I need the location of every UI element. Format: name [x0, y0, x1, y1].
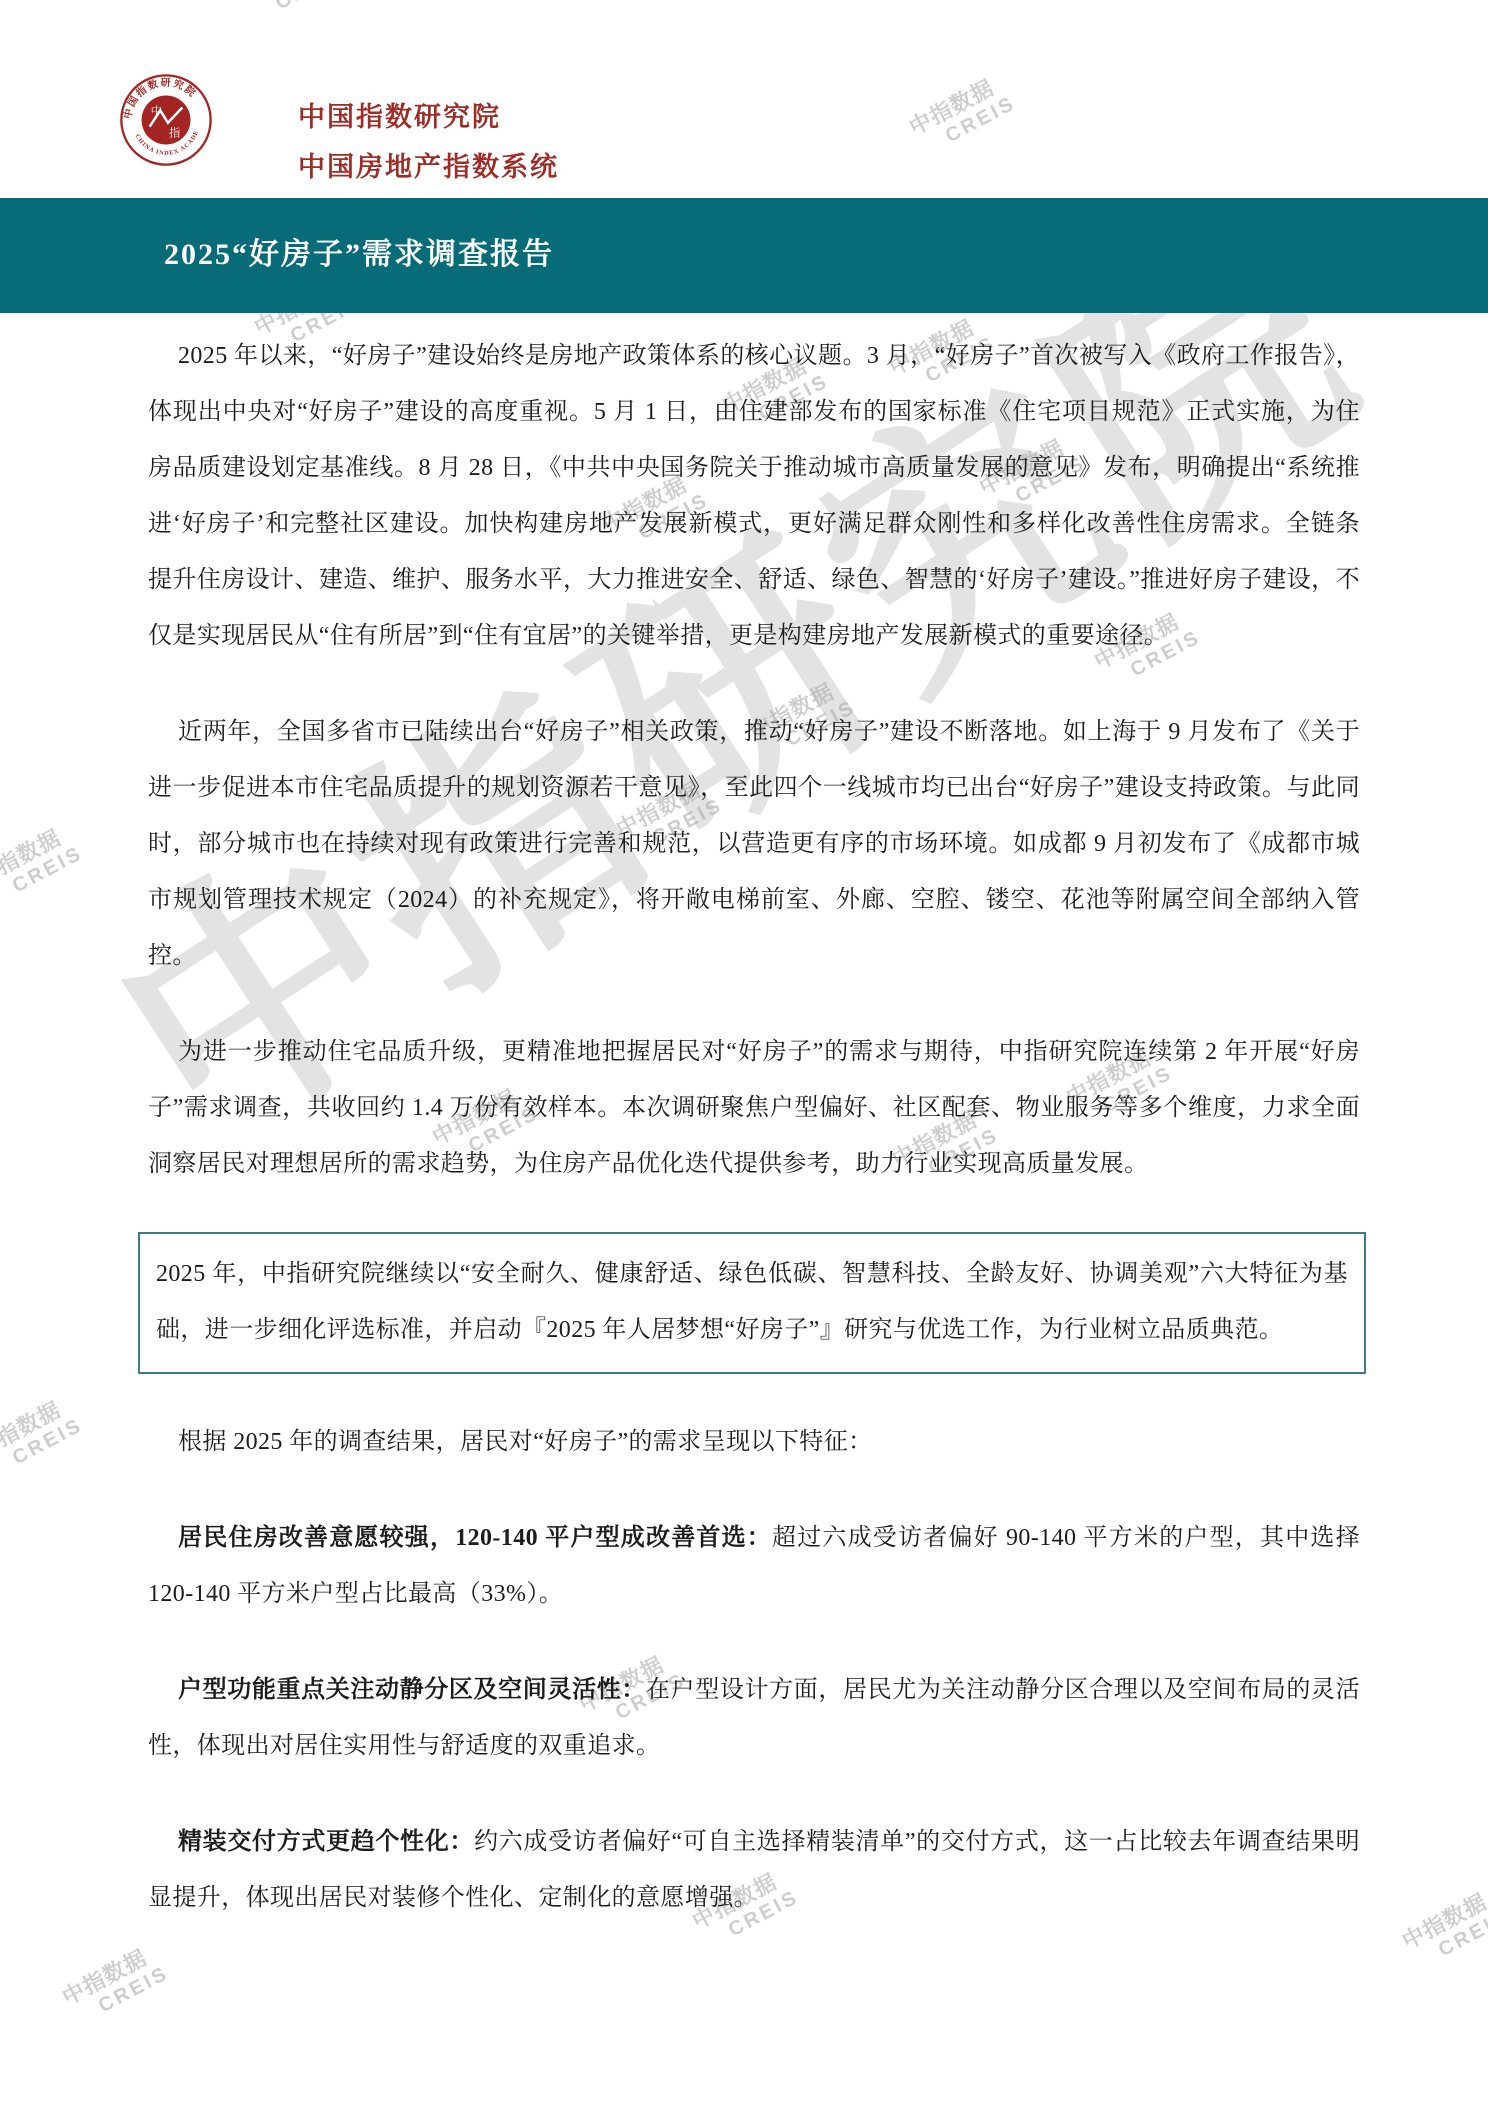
feature-1-lead: 居民住房改善意愿较强，120-140 平户型成改善首选：: [178, 1525, 772, 1551]
report-title: 2025“好房子”需求调查报告: [0, 198, 1488, 272]
watermark: 中指数据CREIS: [0, 819, 87, 912]
org-name: 中国指数研究院: [298, 102, 559, 132]
highlight-box-text: 2025 年，中指研究院继续以“安全耐久、健康舒适、绿色低碳、智慧科技、全龄友好…: [156, 1246, 1348, 1358]
header-text-block: 中国指数研究院 中国房地产指数系统: [298, 102, 559, 182]
feature-paragraph-1: 居民住房改善意愿较强，120-140 平户型成改善首选：超过六成受访者偏好 90…: [148, 1510, 1360, 1622]
watermark: 中指数据CREIS: [58, 1939, 173, 2032]
report-body: 2025 年以来，“好房子”建设始终是房地产政策体系的核心议题。3 月，“好房子…: [148, 328, 1360, 1926]
report-page: 中指研究院 中指数据CREIS中指数据CREIS中指数据CREIS中指数据CRE…: [0, 0, 1488, 2104]
body-paragraph-3: 为进一步推动住宅品质升级，更精准地把握居民对“好房子”的需求与期待，中指研究院连…: [148, 1024, 1360, 1192]
feature-3-lead: 精装交付方式更趋个性化：: [178, 1829, 474, 1855]
body-paragraph-1: 2025 年以来，“好房子”建设始终是房地产政策体系的核心议题。3 月，“好房子…: [148, 328, 1360, 664]
watermark: 中指数据CREIS: [1398, 1883, 1488, 1976]
seal-char-bottom: 指: [169, 125, 181, 139]
feature-2-lead: 户型功能重点关注动静分区及空间灵活性：: [178, 1677, 646, 1703]
page-header: 中国指数研究院 CHINA INDEX ACADEMY 中 指 中国指数研究院 …: [0, 0, 1488, 198]
seal-char-top: 中: [151, 104, 163, 118]
cia-seal-logo: 中国指数研究院 CHINA INDEX ACADEMY 中 指: [118, 72, 214, 168]
feature-paragraph-3: 精装交付方式更趋个性化：约六成受访者偏好“可自主选择精装清单”的交付方式，这一占…: [148, 1814, 1360, 1926]
system-name: 中国房地产指数系统: [298, 152, 559, 182]
highlight-box: 2025 年，中指研究院继续以“安全耐久、健康舒适、绿色低碳、智慧科技、全龄友好…: [138, 1232, 1366, 1374]
watermark: 中指数据CREIS: [0, 1391, 87, 1484]
feature-paragraph-2: 户型功能重点关注动静分区及空间灵活性：在户型设计方面，居民尤为关注动静分区合理以…: [148, 1662, 1360, 1774]
title-banner: 2025“好房子”需求调查报告: [0, 198, 1488, 313]
features-intro: 根据 2025 年的调查结果，居民对“好房子”的需求呈现以下特征：: [148, 1414, 1360, 1470]
body-paragraph-2: 近两年，全国多省市已陆续出台“好房子”相关政策，推动“好房子”建设不断落地。如上…: [148, 704, 1360, 984]
